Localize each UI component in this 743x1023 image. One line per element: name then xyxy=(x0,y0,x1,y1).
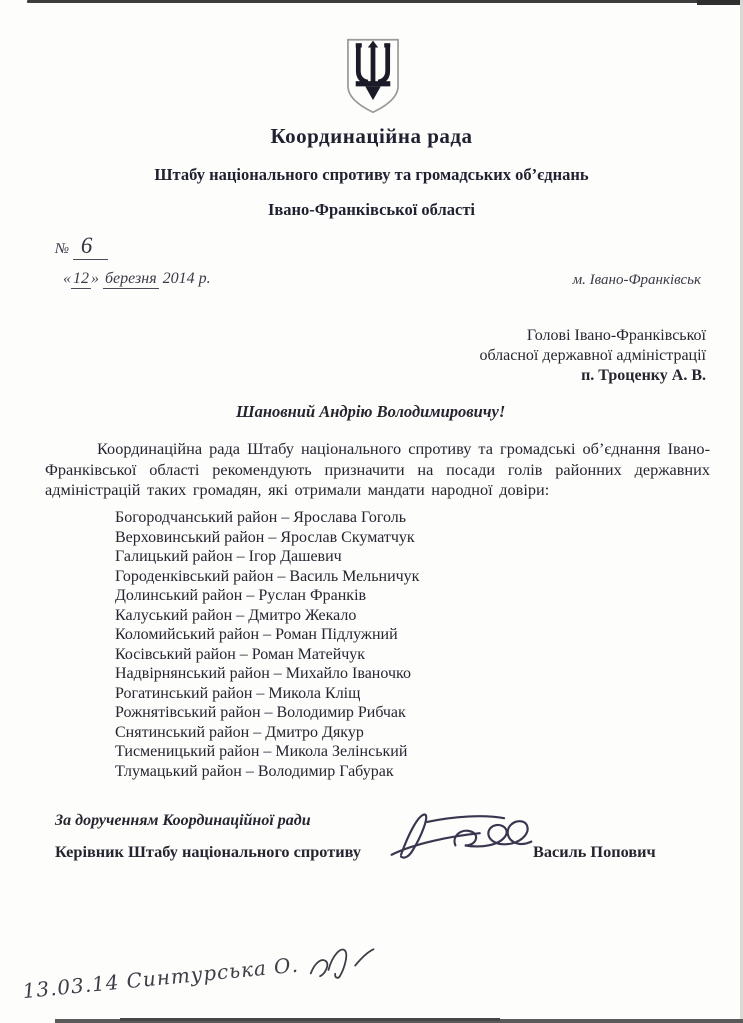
date-day: 12 xyxy=(71,270,91,289)
handwritten-initial-signature xyxy=(303,940,379,988)
appointment-line: Надвірнянський район – Михайло Іваночко xyxy=(115,664,419,684)
scan-artifact-top-right-corner xyxy=(697,0,743,5)
recipient-name: п. Троценку А. В. xyxy=(479,366,706,386)
document-date: «12» березня 2014 р. xyxy=(63,270,211,288)
appointment-line: Верховинський район – Ярослав Скуматчук xyxy=(115,528,419,548)
appointments-list: Богородчанський район – Ярослава Гоголь … xyxy=(115,508,419,781)
ukraine-trident-emblem-icon xyxy=(344,38,402,114)
closing-position-line: Керівник Штабу національного спротиву xyxy=(55,842,361,862)
org-title: Координаційна рада xyxy=(0,124,743,149)
handwritten-signature xyxy=(386,804,536,868)
appointment-line: Рогатинський район – Микола Кліщ xyxy=(115,684,419,704)
place-line: м. Івано-Франківськ xyxy=(573,272,701,289)
handwritten-registration-note: 13.03.14 Синтурська О. xyxy=(21,943,353,1015)
date-month: березня xyxy=(103,270,159,289)
appointment-line: Тисменицький район – Микола Зелінський xyxy=(115,742,419,762)
appointment-line: Тлумацький район – Володимир Габурак xyxy=(115,762,419,782)
scan-artifact-top-edge xyxy=(27,0,743,3)
closing-on-behalf-line: За дорученням Координаційної ради xyxy=(55,812,311,830)
body-paragraph: Координаційна рада Штабу національного с… xyxy=(45,439,710,501)
date-year: 2014 р. xyxy=(163,270,211,287)
scanned-letter-page: Координаційна рада Штабу національного с… xyxy=(0,0,743,1023)
appointment-line: Богородчанський район – Ярослава Гоголь xyxy=(115,508,419,528)
document-number-value: 6 xyxy=(73,233,109,260)
appointment-line: Снятинський район – Дмитро Дякур xyxy=(115,723,419,743)
appointment-line: Городенківський район – Василь Мельничук xyxy=(115,567,419,587)
recipient-block: Голові Івано-Франківської обласної держа… xyxy=(479,326,706,386)
handwritten-note-text: 13.03.14 Синтурська О. xyxy=(22,953,300,1003)
appointment-line: Галицький район – Ігор Дашевич xyxy=(115,547,419,567)
appointment-line: Калуський район – Дмитро Жекало xyxy=(115,606,419,626)
document-number: № 6 xyxy=(55,233,108,259)
org-subtitle-line1: Штабу національного спротиву та громадсь… xyxy=(0,165,743,185)
salutation: Шановний Андрію Володимировичу! xyxy=(236,402,505,422)
appointment-line: Коломийський район – Роман Підлужний xyxy=(115,625,419,645)
recipient-line2: обласної державної адміністрації xyxy=(479,346,706,366)
document-number-label: № xyxy=(55,241,69,257)
appointment-line: Рожнятівський район – Володимир Рибчак xyxy=(115,703,419,723)
appointment-line: Косівський район – Роман Матейчук xyxy=(115,645,419,665)
appointment-line: Долинський район – Руслан Франків xyxy=(115,586,419,606)
scan-artifact-bottom-edge-dark xyxy=(120,1018,500,1021)
signer-name: Василь Попович xyxy=(533,842,656,862)
recipient-line1: Голові Івано-Франківської xyxy=(479,326,706,346)
org-subtitle-line2: Івано-Франківської області xyxy=(0,200,743,220)
